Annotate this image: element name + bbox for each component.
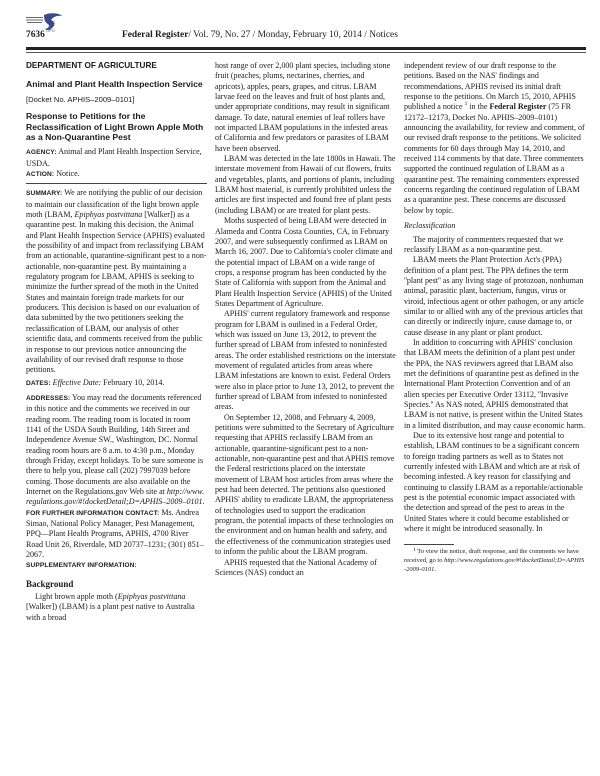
footnote-end: . [434,566,436,573]
background-text: Light brown apple moth ( [35,592,118,601]
page-number: 7636 [26,30,45,40]
effective-date: February 10, 2014. [101,378,164,387]
running-header: 7636 Federal Register/ Vol. 79, No. 27 /… [26,30,586,44]
supplementary-label: SUPPLEMENTARY INFORMATION: [26,562,137,569]
department-heading: DEPARTMENT OF AGRICULTURE [26,61,207,71]
dates-paragraph: DATES: Effective Date: February 10, 2014… [26,378,207,389]
header-rule-thin [26,52,586,53]
body-paragraph: Moths suspected of being LBAM were detec… [215,216,396,309]
federal-register-citation: Federal Register [489,102,546,111]
body-paragraph: Due to its extensive host range and pote… [404,431,585,534]
summary-paragraph: SUMMARY: We are notifying the public of … [26,188,207,375]
body-paragraph: host range of over 2,000 plant species, … [215,61,396,154]
issue-info: / Vol. 79, No. 27 / Monday, February 10,… [188,30,397,40]
addresses-end: . [203,497,205,506]
agency-line: AGENCY: Animal and Plant Health Inspecti… [26,147,207,169]
footnote-reference[interactable]: 1 [465,101,468,107]
header-rule-thick [26,47,586,50]
column-3: independent review of our draft response… [404,61,585,574]
addresses-paragraph: ADDRESSES: You may read the documents re… [26,393,207,508]
document-title: Response to Petitions for the Reclassifi… [26,111,207,142]
supplementary-info: SUPPLEMENTARY INFORMATION: [26,560,207,571]
action-label: ACTION: [26,171,54,178]
background-heading: Background [26,579,207,589]
docket-number: [Docket No. APHIS–2009–0101] [26,95,207,105]
body-paragraph: LBAM was detected in the late 1800s in H… [215,154,396,216]
species-name: Epiphyas postvittana [75,210,143,219]
background-text-cont: [Walker]) (LBAM) is a plant pest native … [26,602,195,621]
body-paragraph: APHIS' current regulatory framework and … [215,309,396,412]
action-text: Notice. [56,169,79,178]
section-divider [26,183,207,184]
addresses-label: ADDRESSES: [26,395,70,402]
species-name: Epiphyas postvittana [118,592,186,601]
body-text: (75 FR 12172–12173, Docket No. APHIS–200… [404,102,585,214]
agency-heading: Animal and Plant Health Inspection Servi… [26,79,207,89]
contact-paragraph: FOR FURTHER INFORMATION CONTACT: Ms. And… [26,508,207,561]
body-paragraph: In addition to concurring with APHIS' co… [404,338,585,431]
agency-label: AGENCY: [26,149,57,156]
reclassification-subheading: Reclassification [404,221,585,231]
summary-text-cont: [Walker]) as a quarantine pest. In makin… [26,210,207,374]
column-2: host range of over 2,000 plant species, … [215,61,396,578]
footnote-number: 1 [413,547,416,553]
body-paragraph: The majority of commenters requested tha… [404,235,585,256]
action-line: ACTION: Notice. [26,169,207,180]
contact-label: FOR FURTHER INFORMATION CONTACT: [26,510,159,517]
body-paragraph: LBAM meets the Plant Protection Act's (P… [404,255,585,338]
footnote: 1 To view the notice, draft response, an… [404,548,585,574]
body-paragraph: On September 12, 2008, and February 4, 2… [215,413,396,558]
body-text: in the [467,102,489,111]
body-paragraph: APHIS requested that the National Academ… [215,558,396,579]
publication-name: Federal Register [122,30,188,40]
effective-date-label: Effective Date: [53,378,101,387]
summary-label: SUMMARY: [26,190,62,197]
addresses-text: You may read the documents referenced in… [26,393,203,496]
column-1: DEPARTMENT OF AGRICULTURE Animal and Pla… [26,61,207,623]
publication-line: Federal Register/ Vol. 79, No. 27 / Mond… [122,30,398,40]
dates-label: DATES: [26,380,51,387]
footnote-rule [404,544,454,545]
body-paragraph: independent review of our draft response… [404,61,585,216]
background-paragraph: Light brown apple moth (Epiphyas postvit… [26,592,207,623]
